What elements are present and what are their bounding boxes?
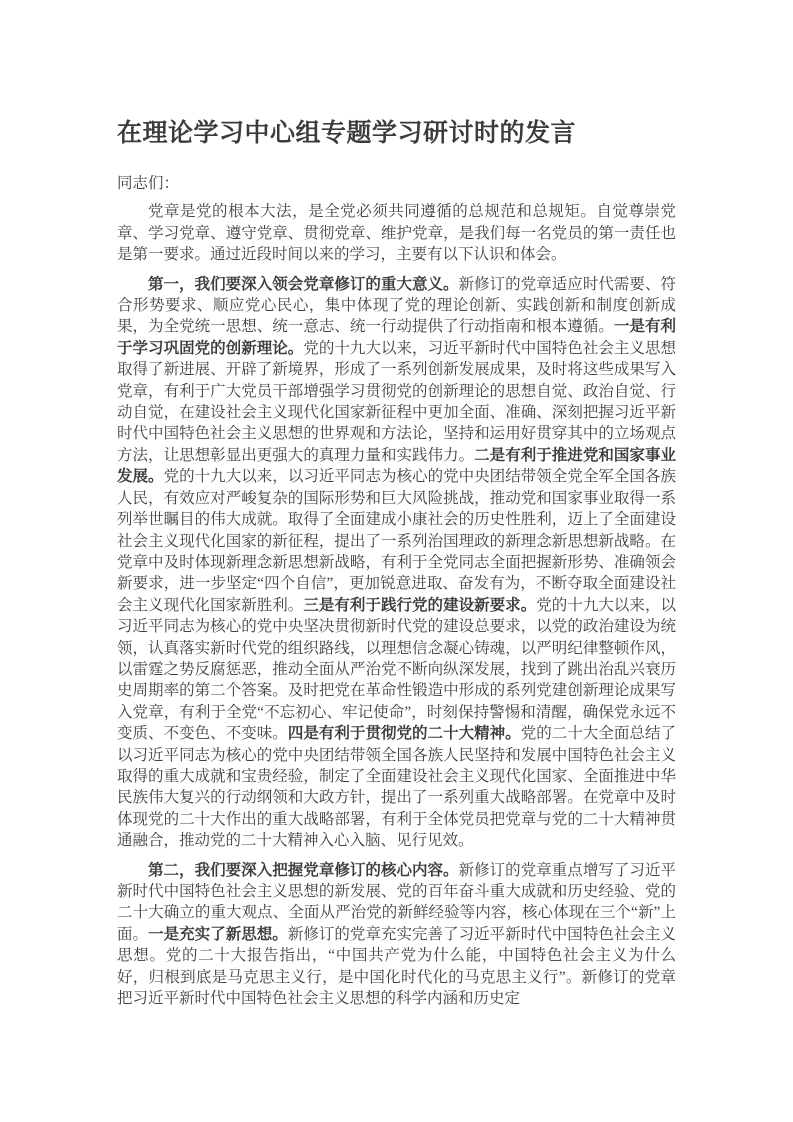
- text-run: 党的二十大全面总结了以习近平同志为核心的党中央团结带领全国各族人民坚持和发展中国…: [117, 725, 676, 849]
- salutation: 同志们：: [117, 173, 676, 194]
- text-run: 党的十九大以来，以习近平同志为核心的党中央坚决贯彻新时代党的建设总要求，以党的政…: [117, 597, 676, 742]
- text-run: 党的十九大以来，以习近平同志为核心的党中央团结带领全党全军全国各族人民，有效应对…: [117, 468, 676, 613]
- bold-text-run: 一是充实了新思想。: [148, 926, 288, 943]
- document-page: 在理论学习中心组专题学习研讨时的发言 同志们： 党章是党的根本大法，是全党必须共…: [0, 0, 793, 1122]
- bold-text-run: 第一，我们要深入领会党章修订的重大意义。: [148, 276, 459, 293]
- document-title: 在理论学习中心组专题学习研讨时的发言: [117, 116, 676, 150]
- text-run: 党章是党的根本大法，是全党必须共同遵循的总规范和总规矩。自觉尊崇党章、学习党章、…: [117, 203, 676, 263]
- bold-text-run: 三是有利于践行党的建设新要求。: [303, 597, 536, 614]
- bold-text-run: 四是有利于贯彻党的二十大精神。: [288, 725, 521, 742]
- bold-text-run: 第二，我们要深入把握党章修订的核心内容。: [148, 862, 459, 879]
- paragraph: 党章是党的根本大法，是全党必须共同遵循的总规范和总规矩。自觉尊崇党章、学习党章、…: [117, 201, 676, 265]
- paragraph: 第一，我们要深入领会党章修订的重大意义。新修订的党章适应时代需要、符合形势要求、…: [117, 274, 676, 852]
- text-run: 党的十九大以来，习近平新时代中国特色社会主义思想取得了新进展、开辟了新境界，形成…: [117, 340, 676, 464]
- document-body: 党章是党的根本大法，是全党必须共同遵循的总规范和总规矩。自觉尊崇党章、学习党章、…: [117, 201, 676, 1009]
- paragraph: 第二，我们要深入把握党章修订的核心内容。新修订的党章重点增写了习近平新时代中国特…: [117, 860, 676, 1010]
- document-content: 在理论学习中心组专题学习研讨时的发言 同志们： 党章是党的根本大法，是全党必须共…: [0, 0, 793, 1009]
